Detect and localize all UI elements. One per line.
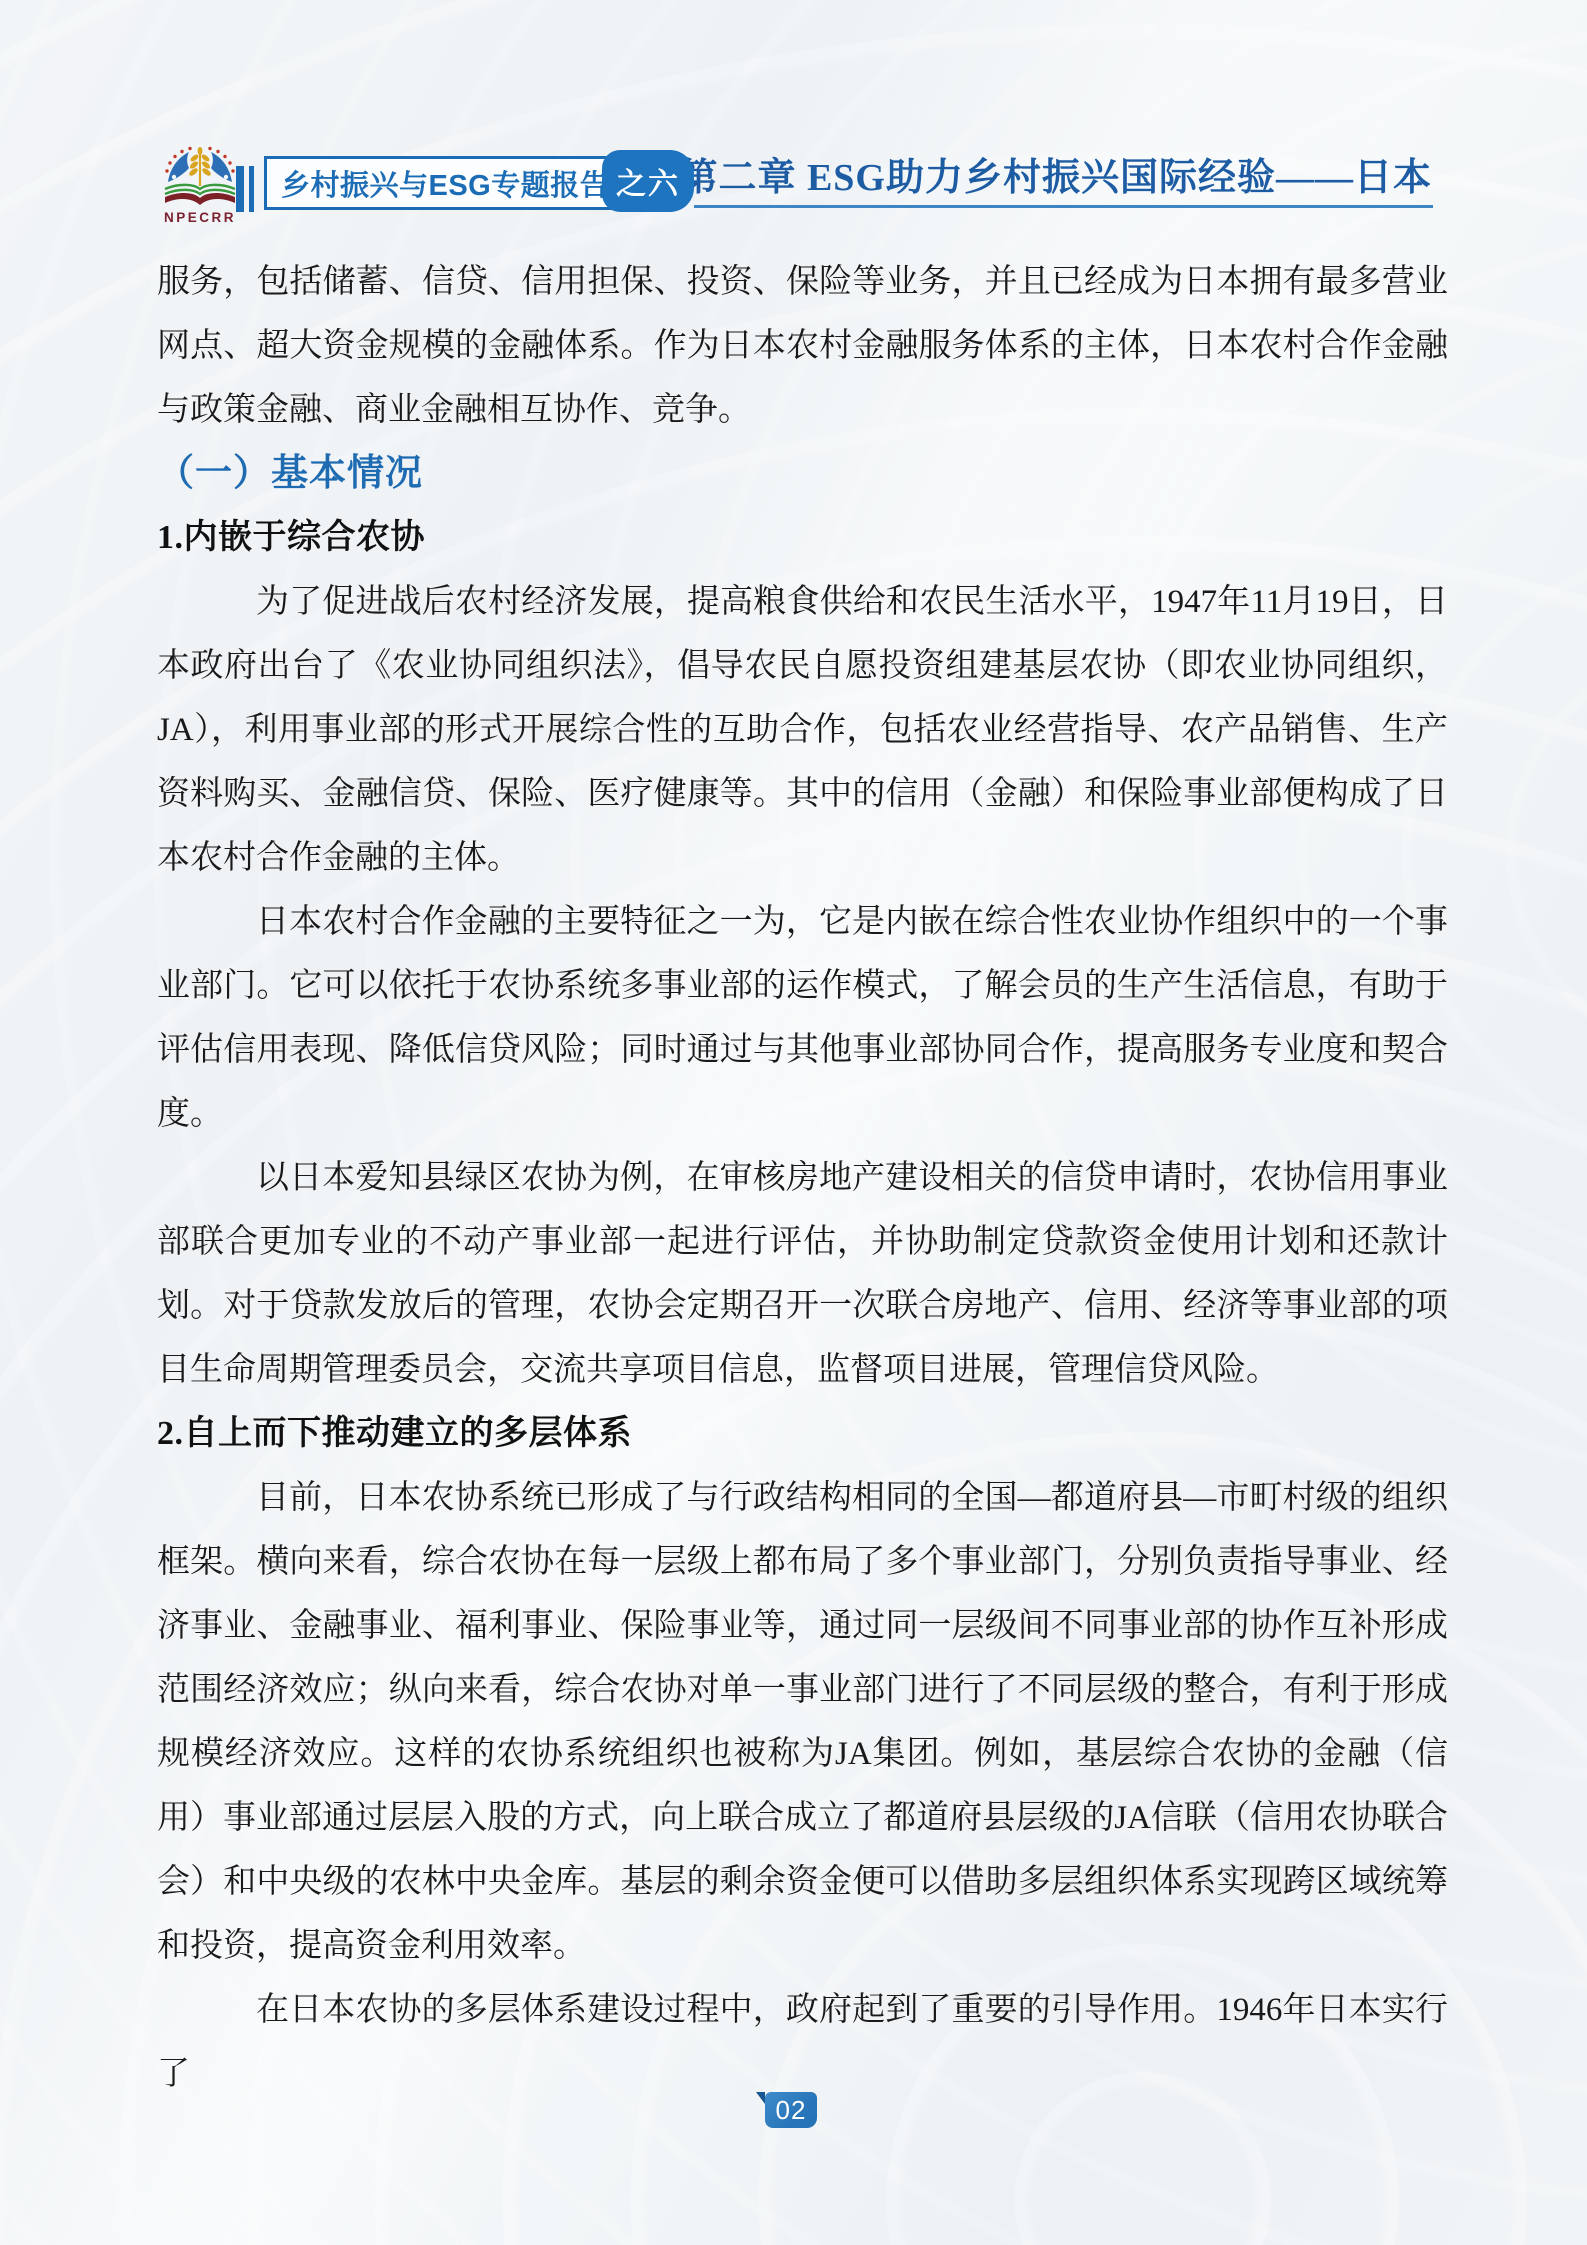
report-page: NPECRR 乡村振兴与ESG专题报告 之六 第二章 ESG助力乡村振兴国际经验… <box>0 0 1587 2245</box>
page-body: 服务，包括储蓄、信贷、信用担保、投资、保险等业务，并且已经成为日本拥有最多营业网… <box>157 250 1448 2106</box>
chapter-title: 第二章 ESG助力乡村振兴国际经验——日本 <box>679 156 1432 200</box>
paragraph-continuation: 服务，包括储蓄、信贷、信用担保、投资、保险等业务，并且已经成为日本拥有最多营业网… <box>157 250 1448 442</box>
page-number-badge: 02 <box>765 2092 817 2128</box>
npecrr-logo-emblem: NPECRR <box>158 144 242 228</box>
paragraph: 以日本爱知县绿区农协为例，在审核房地产建设相关的信贷申请时，农协信用事业部联合更… <box>157 1146 1448 1402</box>
paragraph: 日本农村合作金融的主要特征之一为，它是内嵌在综合性农业协作组织中的一个事业部门。… <box>157 890 1448 1146</box>
header-divider-bar-thin <box>249 166 254 212</box>
paragraph: 为了促进战后农村经济发展，提高粮食供给和农民生活水平，1947年11月19日，日… <box>157 570 1448 890</box>
logo-org-abbr: NPECRR <box>164 210 236 225</box>
paragraph: 目前，日本农协系统已形成了与行政结构相同的全国—都道府县—市町村级的组织框架。横… <box>157 1466 1448 1978</box>
npecrr-logo: NPECRR <box>158 144 242 228</box>
report-title: 乡村振兴与ESG专题报告 <box>281 163 609 204</box>
section-heading-basic-situation: （一）基本情况 <box>157 442 1448 506</box>
page-number: 02 <box>776 2095 807 2126</box>
paragraph: 在日本农协的多层体系建设过程中，政府起到了重要的引导作用。1946年日本实行了 <box>157 1978 1448 2106</box>
header-divider-bar-thick <box>236 166 244 212</box>
issue-number-badge: 之六 <box>602 150 694 212</box>
subsection-heading-1: 1.内嵌于综合农协 <box>157 506 1448 570</box>
subsection-heading-2: 2.自上而下推动建立的多层体系 <box>157 1402 1448 1466</box>
header-rule-line <box>694 205 1433 208</box>
report-title-box: 乡村振兴与ESG专题报告 <box>264 156 640 210</box>
wheat-icon <box>188 147 212 186</box>
green-arcs <box>165 185 235 194</box>
